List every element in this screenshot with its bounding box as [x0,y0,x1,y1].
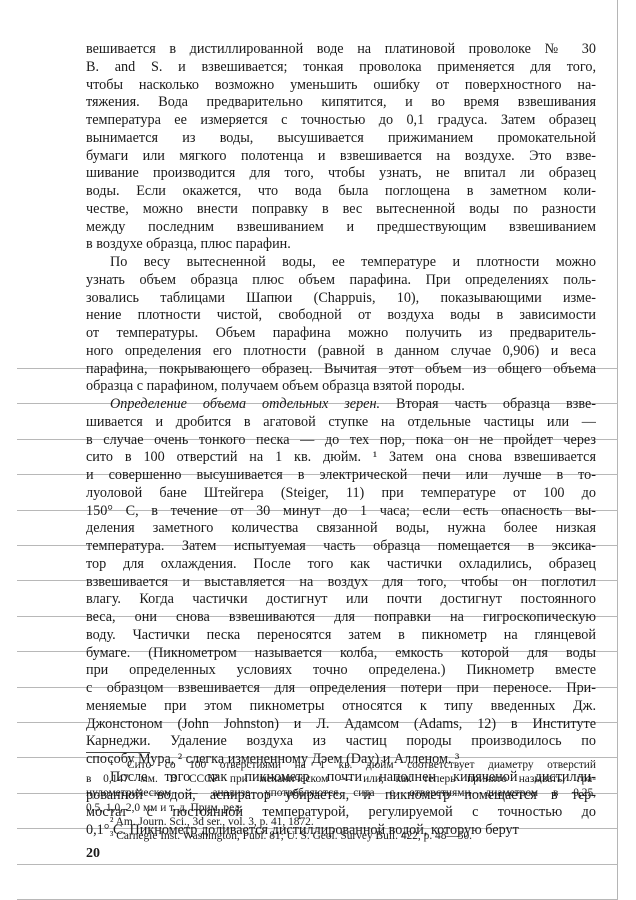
body_lines-text: парафина, покрывающего образец. Вычитая … [86,361,596,377]
page-right-border [617,0,618,900]
body_lines-text: между последним взвешиванием и предшеств… [86,219,596,235]
body_lines-text: По весу вытесненной воды, ее температуре… [110,254,596,270]
body_lines-text: тяжения. Вода предварительно кипятится, … [86,94,596,110]
body_lines-text: чтобы насколько возможно уменьшить ошибк… [86,77,596,93]
body_lines-line: парафина, покрывающего образец. Вычитая … [86,361,596,379]
body_lines-text: вешивается в дистиллированной воде на пл… [86,41,596,57]
body_lines-line: воды. Если окажется, что вода была погло… [86,183,596,201]
footnotes-line: ³ Carnegie Inst. Washington, Publ. 81; U… [86,829,596,843]
footnotes-text: ³ Carnegie Inst. Washington, Publ. 81; U… [110,830,472,842]
body_lines-line: B. and S. и взвешивается; тонкая проволо… [86,59,596,77]
body_lines-text: от температуры. Объем парафина можно пол… [86,325,596,341]
body_lines-line: образца с парафином, получаем объем обра… [86,378,596,396]
body_lines-line: воду. Частички песка переносятся затем в… [86,627,596,645]
body_lines-text: вынимается из воды, высушивается прижима… [86,130,596,146]
footnotes-line: ² Am. Journ. Sci., 3d ser., vol. 3, p. 4… [86,815,596,829]
body_lines-text: температура ее измеряется с точностью до… [86,112,596,128]
body_lines-text: бумаге. (Пикнометром называется колба, е… [86,645,596,661]
body_lines-line: По весу вытесненной воды, ее температуре… [86,254,596,272]
body_lines-text: влагу. Когда частички достигнут или почт… [86,591,596,607]
body_lines-text: бумаги или мягкого полотенца и взвешивае… [86,148,596,164]
body_lines-line: чтобы насколько возможно уменьшить ошибк… [86,77,596,95]
body_lines-line: нение плотности чистой, свободной от воз… [86,307,596,325]
body_lines-line: Карнеджи. Удаление воздуха из частиц пор… [86,733,596,751]
body_lines-text: с образцом взвешивается для определения … [86,680,596,696]
body_lines-text: в случае очень тонкого песка — до тех по… [86,432,596,448]
body_lines-text: Карнеджи. Удаление воздуха из частиц пор… [86,733,596,749]
body_lines-text: и совершенно высушивается в электрическо… [86,467,596,483]
body_lines-line: сито в 100 отверстий на 1 кв. дюйм. ¹ За… [86,449,596,467]
body_lines-line: влагу. Когда частички достигнут или почт… [86,591,596,609]
footnotes-text: 0,5, 1,0, 2,0 мм и т. д. Прим. ред. [86,802,243,814]
body_lines-line: шивается и дробится в агатовой ступке на… [86,414,596,432]
body_lines-text: воду. Частички песка переносятся затем в… [86,627,596,643]
body_lines-line: зовались таблицами Шапюи (Chappuis, 10),… [86,290,596,308]
body_lines-line: узнать объем образца плюс объем парафина… [86,272,596,290]
body_lines-line: и совершенно высушивается в электрическо… [86,467,596,485]
body_lines-text: нение плотности чистой, свободной от воз… [86,307,596,323]
body_lines-line: тор для охлаждения. После того как части… [86,556,596,574]
body_lines-text: Вторая часть образца взве- [396,396,596,412]
body_lines-line: шивание производится для того, чтобы узн… [86,165,596,183]
body_lines-text: сито в 100 отверстий на 1 кв. дюйм. ¹ За… [86,449,596,465]
body_lines-text: честве, можно внести поправку в вес выте… [86,201,596,217]
body_lines-text: шивается и дробится в агатовой ступке на… [86,414,596,430]
document-page: вешивается в дистиллированной воде на пл… [0,0,636,900]
body_lines-line: с образцом взвешивается для определения … [86,680,596,698]
body_lines-line: бумаге. (Пикнометром называется колба, е… [86,645,596,663]
body_lines-text: веса, они снова взвешиваются для поправк… [86,609,596,625]
body_lines-line: в случае очень тонкого песка — до тех по… [86,432,596,450]
body_lines-line: веса, они снова взвешиваются для поправк… [86,609,596,627]
body_lines-line: Определение объема отдельных зерен. Втор… [86,396,596,414]
footnotes-text: нулометрическом — анализе употребляются … [86,787,596,799]
body_lines-line: ного определения его плотности (равной в… [86,343,596,361]
body_lines-line: честве, можно внести поправку в вес выте… [86,201,596,219]
body_lines-line: Джонстоном (John Johnston) и Л. Адамсом … [86,716,596,734]
footnotes-text: в 0,147 мм. В СССР при механическом — ил… [86,773,596,785]
body_lines-line: деления заметного количества связанной в… [86,520,596,538]
body_lines-text: ного определения его плотности (равной в… [86,343,596,359]
footnotes-line: 0,5, 1,0, 2,0 мм и т. д. Прим. ред. [86,801,596,815]
body_lines-line: меняемые при этом пикнометры относятся к… [86,698,596,716]
page-number: 20 [86,846,100,862]
body_lines-line: бумаги или мягкого полотенца и взвешивае… [86,148,596,166]
body_lines-line: температура. Затем испытуемая часть обра… [86,538,596,556]
body_lines-line: взвешивается и выставляется на воздух дл… [86,574,596,592]
footnotes-text: ² Am. Journ. Sci., 3d ser., vol. 3, p. 4… [110,816,314,828]
footnotes-line: в 0,147 мм. В СССР при механическом — ил… [86,772,596,786]
body_lines-text: Джонстоном (John Johnston) и Л. Адамсом … [86,716,596,732]
body_lines-line: вешивается в дистиллированной воде на пл… [86,41,596,59]
footnotes: ¹ Сито со 100 отверстиями на 1 кв. дюйм … [86,758,596,843]
body_lines-text: тор для охлаждения. После того как части… [86,556,596,572]
body_lines-text: B. and S. и взвешивается; тонкая проволо… [86,59,596,75]
body_lines-text: меняемые при этом пикнометры относятся к… [86,698,596,714]
body_lines-text: узнать объем образца плюс объем парафина… [86,272,596,288]
section-heading: Определение объема отдельных зерен. [110,396,396,412]
footnotes-text: ¹ Сито со 100 отверстиями на 1 кв. дюйм … [110,759,596,771]
body_lines-line: при определенных условиях точно определе… [86,662,596,680]
body_lines-line: тяжения. Вода предварительно кипятится, … [86,94,596,112]
footnotes-line: ¹ Сито со 100 отверстиями на 1 кв. дюйм … [86,758,596,772]
body_lines-text: в воздухе образца, плюс парафин. [86,236,291,252]
footnotes-line: нулометрическом — анализе употребляются … [86,786,596,800]
body_lines-line: 150° С, в течение от 30 минут до 1 часа;… [86,503,596,521]
body_lines-text: при определенных условиях точно определе… [86,662,596,678]
body-text: вешивается в дистиллированной воде на пл… [86,41,596,840]
body_lines-text: 150° С, в течение от 30 минут до 1 часа;… [86,503,596,519]
body_lines-text: шивание производится для того, чтобы узн… [86,165,596,181]
body_lines-text: температура. Затем испытуемая часть обра… [86,538,596,554]
body_lines-text: деления заметного количества связанной в… [86,520,596,536]
body_lines-text: луоловой бане Штейгера (Steiger, 11) при… [86,485,596,501]
body_lines-line: в воздухе образца, плюс парафин. [86,236,596,254]
footnote-separator [86,752,150,753]
body_lines-text: образца с парафином, получаем объем обра… [86,378,465,394]
body_lines-text: взвешивается и выставляется на воздух дл… [86,574,596,590]
body_lines-line: луоловой бане Штейгера (Steiger, 11) при… [86,485,596,503]
body_lines-text: зовались таблицами Шапюи (Chappuis, 10),… [86,290,596,306]
body_lines-text: воды. Если окажется, что вода была погло… [86,183,596,199]
body_lines-line: температура ее измеряется с точностью до… [86,112,596,130]
body_lines-line: вынимается из воды, высушивается прижима… [86,130,596,148]
body_lines-line: между последним взвешиванием и предшеств… [86,219,596,237]
body_lines-line: от температуры. Объем парафина можно пол… [86,325,596,343]
